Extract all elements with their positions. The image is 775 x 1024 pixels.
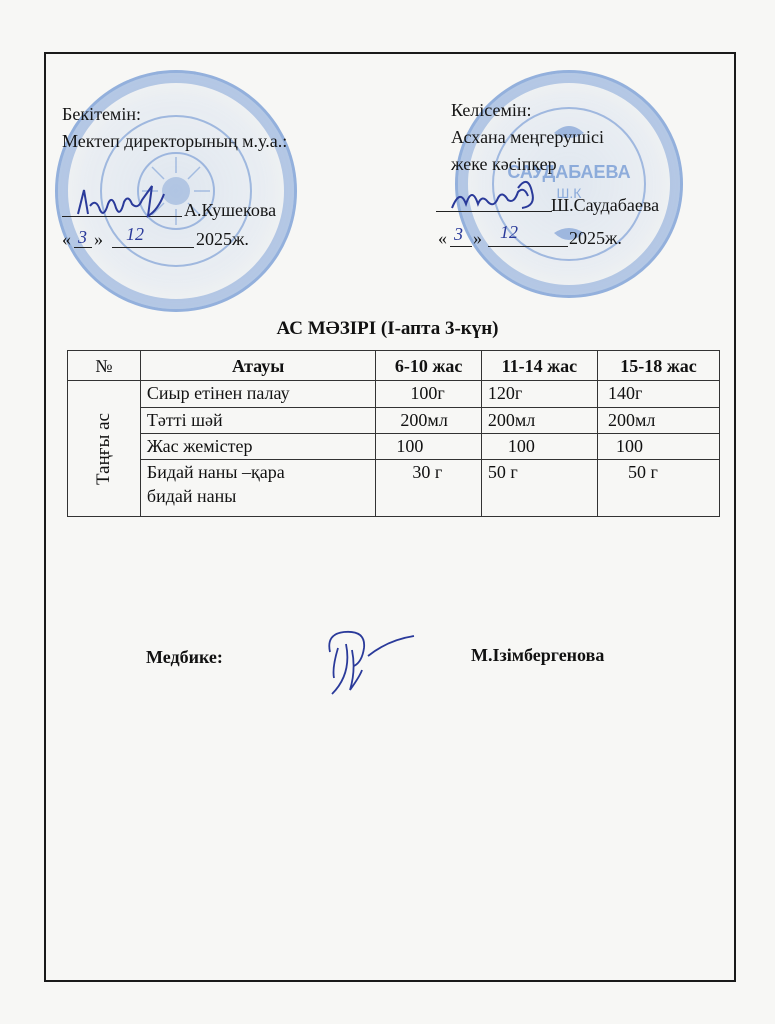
dish-name: Жас жемістер: [140, 434, 376, 460]
table-row: Таңғы ас Сиыр етінен палау 100г 120г 140…: [68, 381, 720, 408]
portion-11-14: 120г: [481, 381, 597, 408]
menu-title: АС МӘЗІРІ (І-апта 3-күн): [0, 318, 775, 340]
dish-name-line2: бидай наны: [147, 484, 376, 508]
portion-11-14: 200мл: [481, 408, 597, 434]
portion-6-10: 100г: [376, 381, 481, 408]
header-age-15-18: 15-18 жас: [597, 351, 719, 381]
approver-date-year: 2025ж.: [196, 229, 249, 249]
header-age-6-10: 6-10 жас: [376, 351, 481, 381]
approver-date-open: «: [62, 229, 71, 249]
meal-label: Таңғы ас: [92, 413, 116, 485]
dish-name-line1: Бидай наны –қара: [147, 460, 376, 484]
agreer-signature: [448, 178, 558, 218]
approver-date-close: »: [94, 229, 103, 249]
agreer-date-year: 2025ж.: [569, 228, 622, 248]
header-number: №: [68, 351, 141, 381]
approver-date-month: 12: [126, 224, 144, 244]
approver-signature: [70, 184, 190, 224]
table-header-row: № Атауы 6-10 жас 11-14 жас 15-18 жас: [68, 351, 720, 381]
portion-15-18: 200мл: [597, 408, 719, 434]
nurse-name: М.Ізімбергенова: [471, 645, 604, 666]
portion-6-10: 200мл: [376, 408, 481, 434]
nurse-signature: [318, 628, 428, 698]
dish-name: Бидай наны –қара бидай наны: [140, 460, 376, 517]
menu-table: № Атауы 6-10 жас 11-14 жас 15-18 жас Таң…: [67, 350, 720, 517]
portion-11-14: 100: [481, 434, 597, 460]
portion-15-18: 140г: [597, 381, 719, 408]
approver-role: Мектеп директорының м.у.а.:: [62, 131, 287, 151]
dish-name: Сиыр етінен палау: [140, 381, 376, 408]
nurse-label: Медбике:: [146, 647, 223, 668]
portion-6-10: 30 г: [376, 460, 481, 517]
header-name: Атауы: [140, 351, 376, 381]
approve-heading: Бекітемін:: [62, 104, 141, 124]
agreer-date-day: 3: [454, 224, 463, 244]
agreer-role-line2: жеке кәсіпкер: [451, 154, 557, 174]
portion-15-18: 50 г: [597, 460, 719, 517]
table-row: Жас жемістер 100 100 100: [68, 434, 720, 460]
agreer-name: Ш.Саудабаева: [551, 195, 659, 215]
agreer-date-close: »: [473, 228, 482, 248]
agreer-date-open: «: [438, 228, 447, 248]
table-row: Тәтті шәй 200мл 200мл 200мл: [68, 408, 720, 434]
agreer-role-line1: Асхана меңгерушісі: [451, 127, 604, 147]
approver-name: А.Кушекова: [184, 200, 276, 220]
table-row: Бидай наны –қара бидай наны 30 г 50 г 50…: [68, 460, 720, 517]
portion-15-18: 100: [597, 434, 719, 460]
approver-date-day: 3: [78, 227, 87, 247]
agreer-date-month: 12: [500, 222, 518, 242]
agree-heading: Келісемін:: [451, 100, 532, 120]
meal-label-cell: Таңғы ас: [68, 381, 141, 517]
portion-6-10: 100: [376, 434, 481, 460]
dish-name: Тәтті шәй: [140, 408, 376, 434]
header-age-11-14: 11-14 жас: [481, 351, 597, 381]
portion-11-14: 50 г: [481, 460, 597, 517]
